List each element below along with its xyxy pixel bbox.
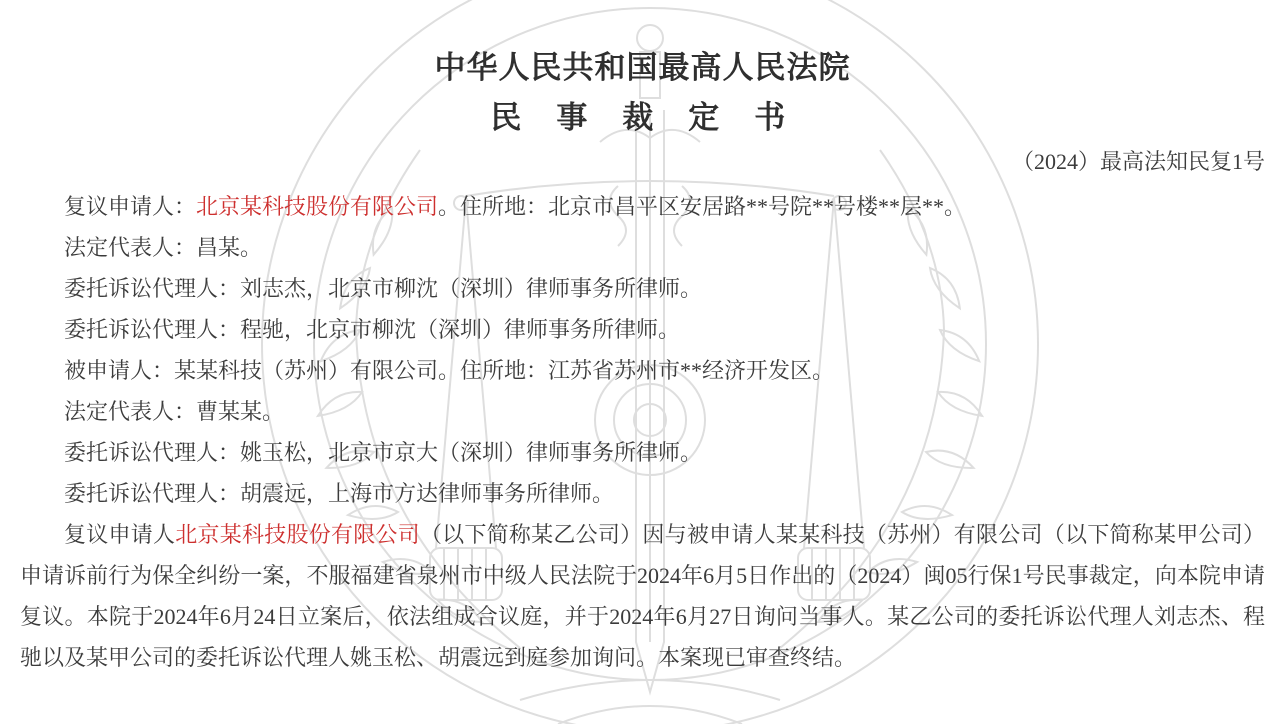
court-title: 中华人民共和国最高人民法院 (20, 50, 1265, 86)
document-page: 中华人民共和国最高人民法院 民 事 裁 定 书 （2024）最高法知民复1号 复… (0, 0, 1271, 678)
text-segment: 委托诉讼代理人：姚玉松，北京市京大（深圳）律师事务所律师。 (64, 440, 702, 465)
paragraph: 法定代表人：昌某。 (20, 227, 1265, 268)
paragraph: 委托诉讼代理人：胡震远，上海市方达律师事务所律师。 (20, 473, 1265, 514)
paragraph: 委托诉讼代理人：刘志杰，北京市柳沈（深圳）律师事务所律师。 (20, 268, 1265, 309)
paragraph: 法定代表人：曹某某。 (20, 391, 1265, 432)
document-type-title: 民 事 裁 定 书 (20, 100, 1265, 136)
text-segment: 被申请人：某某科技（苏州）有限公司。住所地：江苏省苏州市**经济开发区。 (64, 358, 834, 383)
text-segment: 复议申请人 (64, 522, 175, 547)
party-name-highlight: 北京某科技股份有限公司 (196, 194, 438, 219)
paragraph: 复议申请人：北京某科技股份有限公司。住所地：北京市昌平区安居路**号院**号楼*… (20, 186, 1265, 227)
text-segment: 委托诉讼代理人：胡震远，上海市方达律师事务所律师。 (64, 481, 614, 506)
paragraph: 复议申请人北京某科技股份有限公司（以下简称某乙公司）因与被申请人某某科技（苏州）… (20, 514, 1265, 678)
text-segment: 复议申请人： (64, 194, 196, 219)
text-segment: 委托诉讼代理人：程驰，北京市柳沈（深圳）律师事务所律师。 (64, 317, 680, 342)
text-segment: 法定代表人：曹某某。 (64, 399, 284, 424)
text-segment: 法定代表人：昌某。 (64, 235, 262, 260)
ribbon-icon (520, 680, 780, 724)
document-body: 复议申请人：北京某科技股份有限公司。住所地：北京市昌平区安居路**号院**号楼*… (20, 186, 1265, 678)
party-name-highlight: 北京某科技股份有限公司 (175, 522, 420, 547)
paragraph: 委托诉讼代理人：程驰，北京市柳沈（深圳）律师事务所律师。 (20, 309, 1265, 350)
paragraph: 委托诉讼代理人：姚玉松，北京市京大（深圳）律师事务所律师。 (20, 432, 1265, 473)
text-segment: 。住所地：北京市昌平区安居路**号院**号楼**层**。 (438, 194, 966, 219)
text-segment: 委托诉讼代理人：刘志杰，北京市柳沈（深圳）律师事务所律师。 (64, 276, 702, 301)
paragraph: 被申请人：某某科技（苏州）有限公司。住所地：江苏省苏州市**经济开发区。 (20, 350, 1265, 391)
case-number: （2024）最高法知民复1号 (20, 149, 1265, 175)
